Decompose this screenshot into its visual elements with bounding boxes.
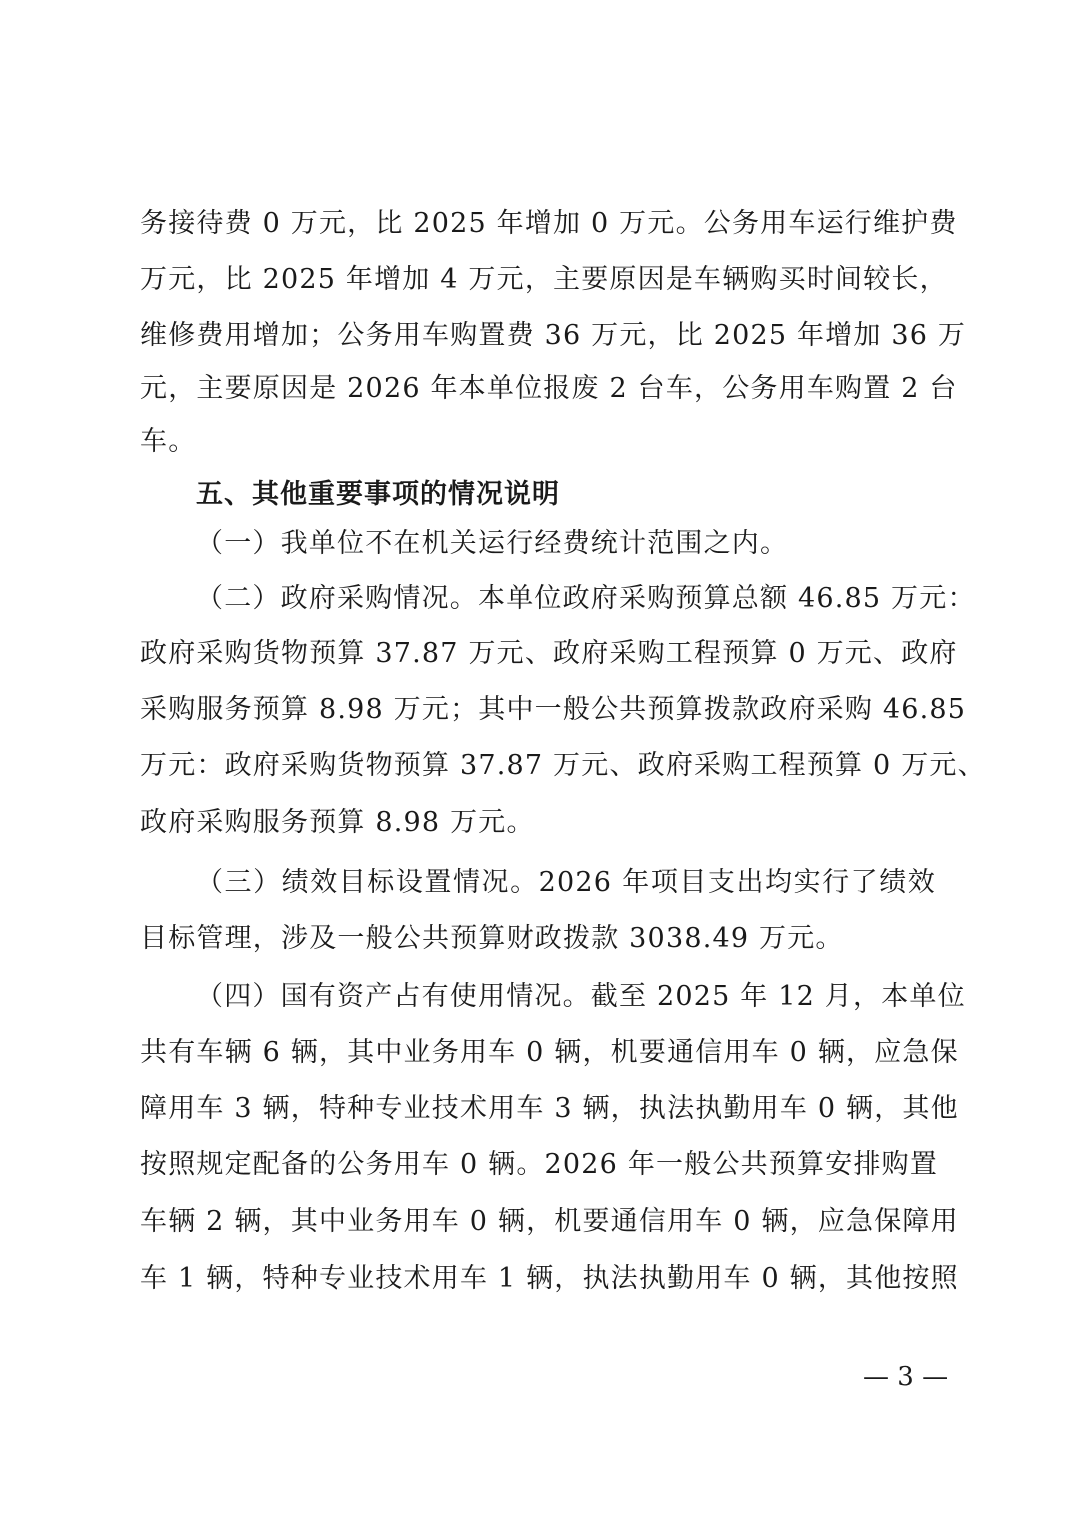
- item2-line: 政府采购服务预算 8.98 万元。: [140, 806, 936, 840]
- section-heading: 五、其他重要事项的情况说明: [196, 478, 560, 512]
- item2-line: 采购服务预算 8.98 万元；其中一般公共预算拨款政府采购 46.85: [140, 693, 936, 727]
- paragraph-line: 万元，比 2025 年增加 4 万元，主要原因是车辆购买时间较长，: [140, 263, 936, 297]
- document-page: 务接待费 0 万元，比 2025 年增加 0 万元。公务用车运行维护费 万元，比…: [0, 0, 1074, 1520]
- item4-line: （四）国有资产占有使用情况。截至 2025 年 12 月，本单位: [196, 980, 936, 1014]
- item4-line: 车 1 辆，特种专业技术用车 1 辆，执法执勤用车 0 辆，其他按照: [140, 1262, 936, 1296]
- item2-line: 政府采购货物预算 37.87 万元、政府采购工程预算 0 万元、政府: [140, 637, 936, 671]
- item2-line: 万元：政府采购货物预算 37.87 万元、政府采购工程预算 0 万元、: [140, 749, 936, 783]
- item4-line: 按照规定配备的公务用车 0 辆。2026 年一般公共预算安排购置: [140, 1148, 936, 1182]
- paragraph-line: 务接待费 0 万元，比 2025 年增加 0 万元。公务用车运行维护费: [140, 207, 936, 241]
- paragraph-line: 元，主要原因是 2026 年本单位报废 2 台车，公务用车购置 2 台: [140, 372, 936, 406]
- item3-line: （三）绩效目标设置情况。2026 年项目支出均实行了绩效: [196, 866, 936, 900]
- item3-line: 目标管理，涉及一般公共预算财政拨款 3038.49 万元。: [140, 922, 936, 956]
- item4-line: 车辆 2 辆，其中业务用车 0 辆，机要通信用车 0 辆，应急保障用: [140, 1205, 936, 1239]
- item2-line: （二）政府采购情况。本单位政府采购预算总额 46.85 万元：: [196, 582, 936, 616]
- paragraph-line: 车。: [140, 425, 936, 459]
- item4-line: 障用车 3 辆，特种专业技术用车 3 辆，执法执勤用车 0 辆，其他: [140, 1092, 936, 1126]
- page-number: — 3 —: [863, 1362, 948, 1392]
- paragraph-line: 维修费用增加；公务用车购置费 36 万元，比 2025 年增加 36 万: [140, 319, 936, 353]
- item1-line: （一）我单位不在机关运行经费统计范围之内。: [196, 527, 936, 561]
- item4-line: 共有车辆 6 辆，其中业务用车 0 辆，机要通信用车 0 辆，应急保: [140, 1036, 936, 1070]
